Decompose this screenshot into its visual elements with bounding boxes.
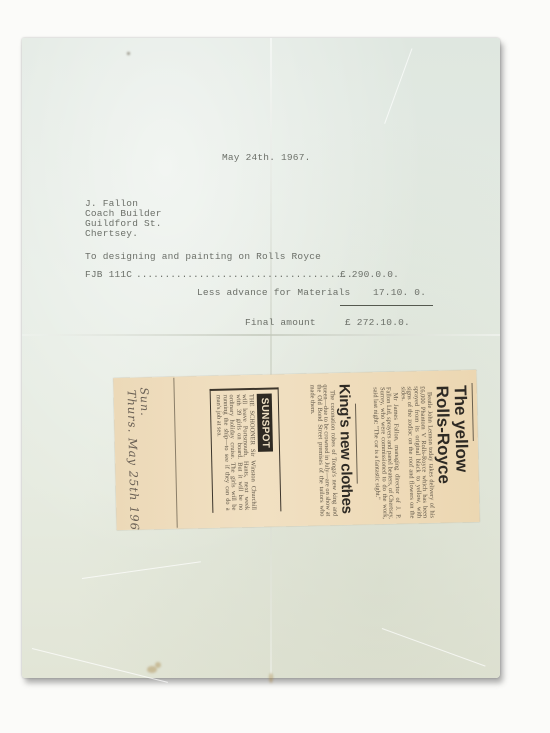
subtotal-rule: [340, 305, 433, 306]
paper-crease: [382, 628, 486, 667]
recipient-town: Chertsey.: [85, 229, 138, 239]
fold-crease-horizontal: [22, 334, 500, 336]
total-amount: £ 272.10.0.: [345, 318, 410, 328]
letter-date: May 24th. 1967.: [222, 153, 311, 163]
article-paragraph: Beatle John Lennon today takes delivery …: [398, 372, 434, 523]
fold-crease-vertical: [270, 38, 272, 678]
article-sunspot: SUNSPOT THE SCHOONER Sir Winston Churchi…: [178, 375, 281, 527]
line-item-leader: ......................................: [136, 270, 353, 280]
paper-stain: [155, 662, 161, 668]
letter-paper: [22, 38, 500, 678]
paper-crease: [82, 561, 201, 579]
advance-label: Less advance for Materials: [197, 288, 350, 298]
clipping-content: The yellow Rolls-Royce Beatle John Lenno…: [114, 371, 477, 529]
article-paragraph: Mr James Fallon, managing director of J.…: [371, 373, 402, 524]
paper-crease: [384, 48, 412, 124]
advance-amount: 17.10. 0.: [373, 288, 426, 298]
total-label: Final amount: [245, 318, 316, 328]
column-rule: [173, 378, 177, 528]
paper-stain: [269, 673, 273, 683]
article-yellow-rolls-royce: The yellow Rolls-Royce Beatle John Lenno…: [356, 371, 477, 524]
line-item-amount: £ 290.0.0.: [340, 270, 399, 280]
article-headline-line1: The yellow: [451, 371, 477, 521]
sunspot-box: SUNSPOT THE SCHOONER Sir Winston Churchi…: [210, 387, 281, 513]
article-kings-new-clothes: King's new clothes The coronation robes …: [282, 374, 357, 526]
article-paragraph: The coronation robes of Tonga's new king…: [308, 374, 338, 525]
line-item-label: FJB 111C: [85, 270, 132, 280]
newspaper-clipping: The yellow Rolls-Royce Beatle John Lenno…: [113, 370, 479, 530]
paper-spot: [127, 52, 130, 55]
paper-crease: [32, 648, 168, 683]
letter-subject: To designing and painting on Rolls Royce: [85, 252, 321, 262]
sunspot-tag: SUNSPOT: [257, 394, 273, 453]
article-paragraph: THE SCHOONER Sir Winston Churchill will …: [214, 394, 259, 511]
handwritten-note-line1: Sun.: [138, 387, 152, 416]
